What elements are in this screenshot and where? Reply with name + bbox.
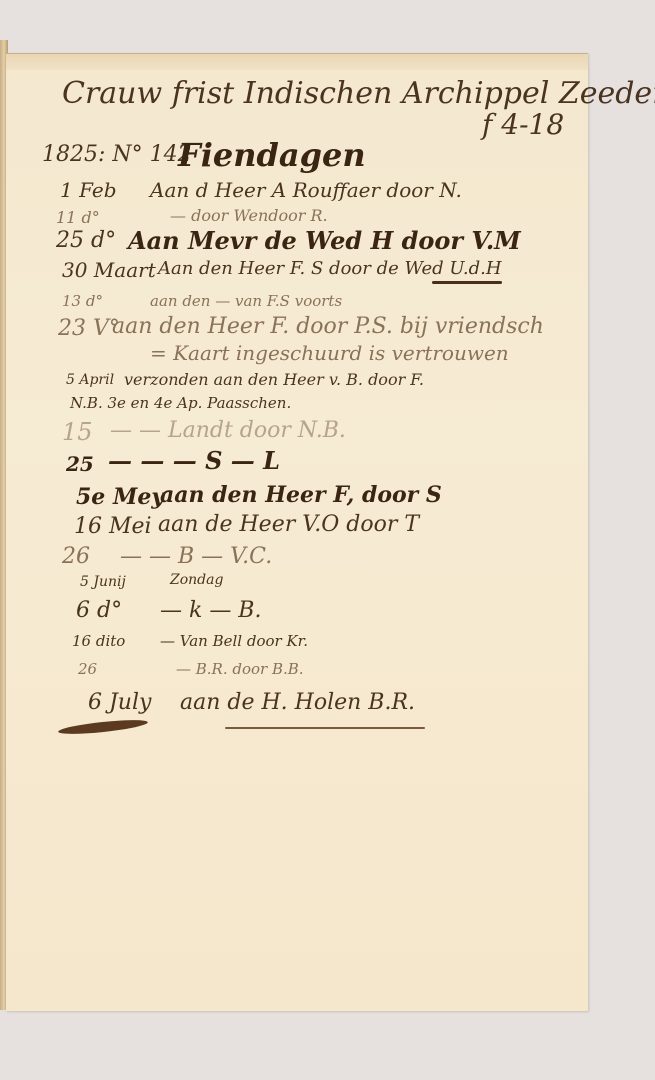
entry-date: 16 Mei — [74, 514, 152, 539]
entry-date: 16 dito — [72, 632, 125, 650]
entry-text: aan de H. Holen B.R. — [180, 690, 415, 715]
entry-text: aan den Heer F, door S — [160, 482, 442, 508]
entry-date: 6 July — [88, 690, 151, 715]
entry-text: = Kaart ingeschuurd is vertrouwen — [150, 341, 509, 365]
header-reference: 1825: N° 142 — [42, 142, 192, 167]
entry-text: aan den — van F.S voorts — [150, 292, 342, 310]
entry-text: aan de Heer V.O door T — [158, 512, 419, 537]
entry-date: 5 Junij — [80, 574, 126, 590]
entry-date: 5e Mey — [76, 484, 164, 510]
page-top-edge — [6, 53, 588, 70]
entry-text: aan den Heer F. door P.S. bij vriendsch — [112, 314, 544, 339]
entry-text: verzonden aan den Heer v. B. door F. — [124, 370, 424, 389]
entry-date: 25 d° — [56, 228, 116, 253]
entry-text: — — Landt door N.B. — [110, 418, 346, 443]
entry-date: 5 April — [66, 372, 114, 388]
underline-flourish — [432, 281, 502, 284]
entry-date: 15 — [62, 418, 93, 446]
entry-text: Zondag — [170, 572, 223, 588]
entry-date: 30 Maart — [62, 258, 156, 282]
entry-text: Aan den Heer F. S door de Wed U.d.H — [158, 258, 502, 279]
entry-date: 23 V° — [58, 316, 120, 341]
header-title: Crauw frist Indischen Archippel Zeeden — [62, 76, 655, 111]
entry-date: 6 d° — [76, 598, 122, 623]
entry-date: 26 — [78, 660, 97, 678]
entry-text: Aan d Heer A Rouffaer door N. — [150, 178, 462, 202]
header-price: f 4-18 — [482, 108, 564, 141]
entry-text: — k — B. — [160, 598, 261, 623]
entry-text: — — B — V.C. — [120, 544, 272, 569]
entry-text: — B.R. door B.B. — [176, 660, 304, 678]
entry-date: 1 Feb — [60, 178, 117, 202]
entry-date: 11 d° — [56, 208, 100, 227]
entry-date: 26 — [62, 544, 90, 569]
entry-text: — door Wendoor R. — [170, 206, 328, 225]
entry-text: — — — S — L — [108, 446, 280, 475]
header-subtitle: Fiendagen — [178, 136, 366, 174]
entry-text: Aan Mevr de Wed H door V.M — [128, 226, 521, 255]
entry-date: 13 d° — [62, 292, 103, 310]
entry-note: N.B. 3e en 4e Ap. Paasschen. — [70, 394, 291, 412]
entry-text: — Van Bell door Kr. — [160, 632, 308, 650]
entry-date: 25 — [66, 452, 94, 476]
underline-flourish — [225, 727, 425, 729]
